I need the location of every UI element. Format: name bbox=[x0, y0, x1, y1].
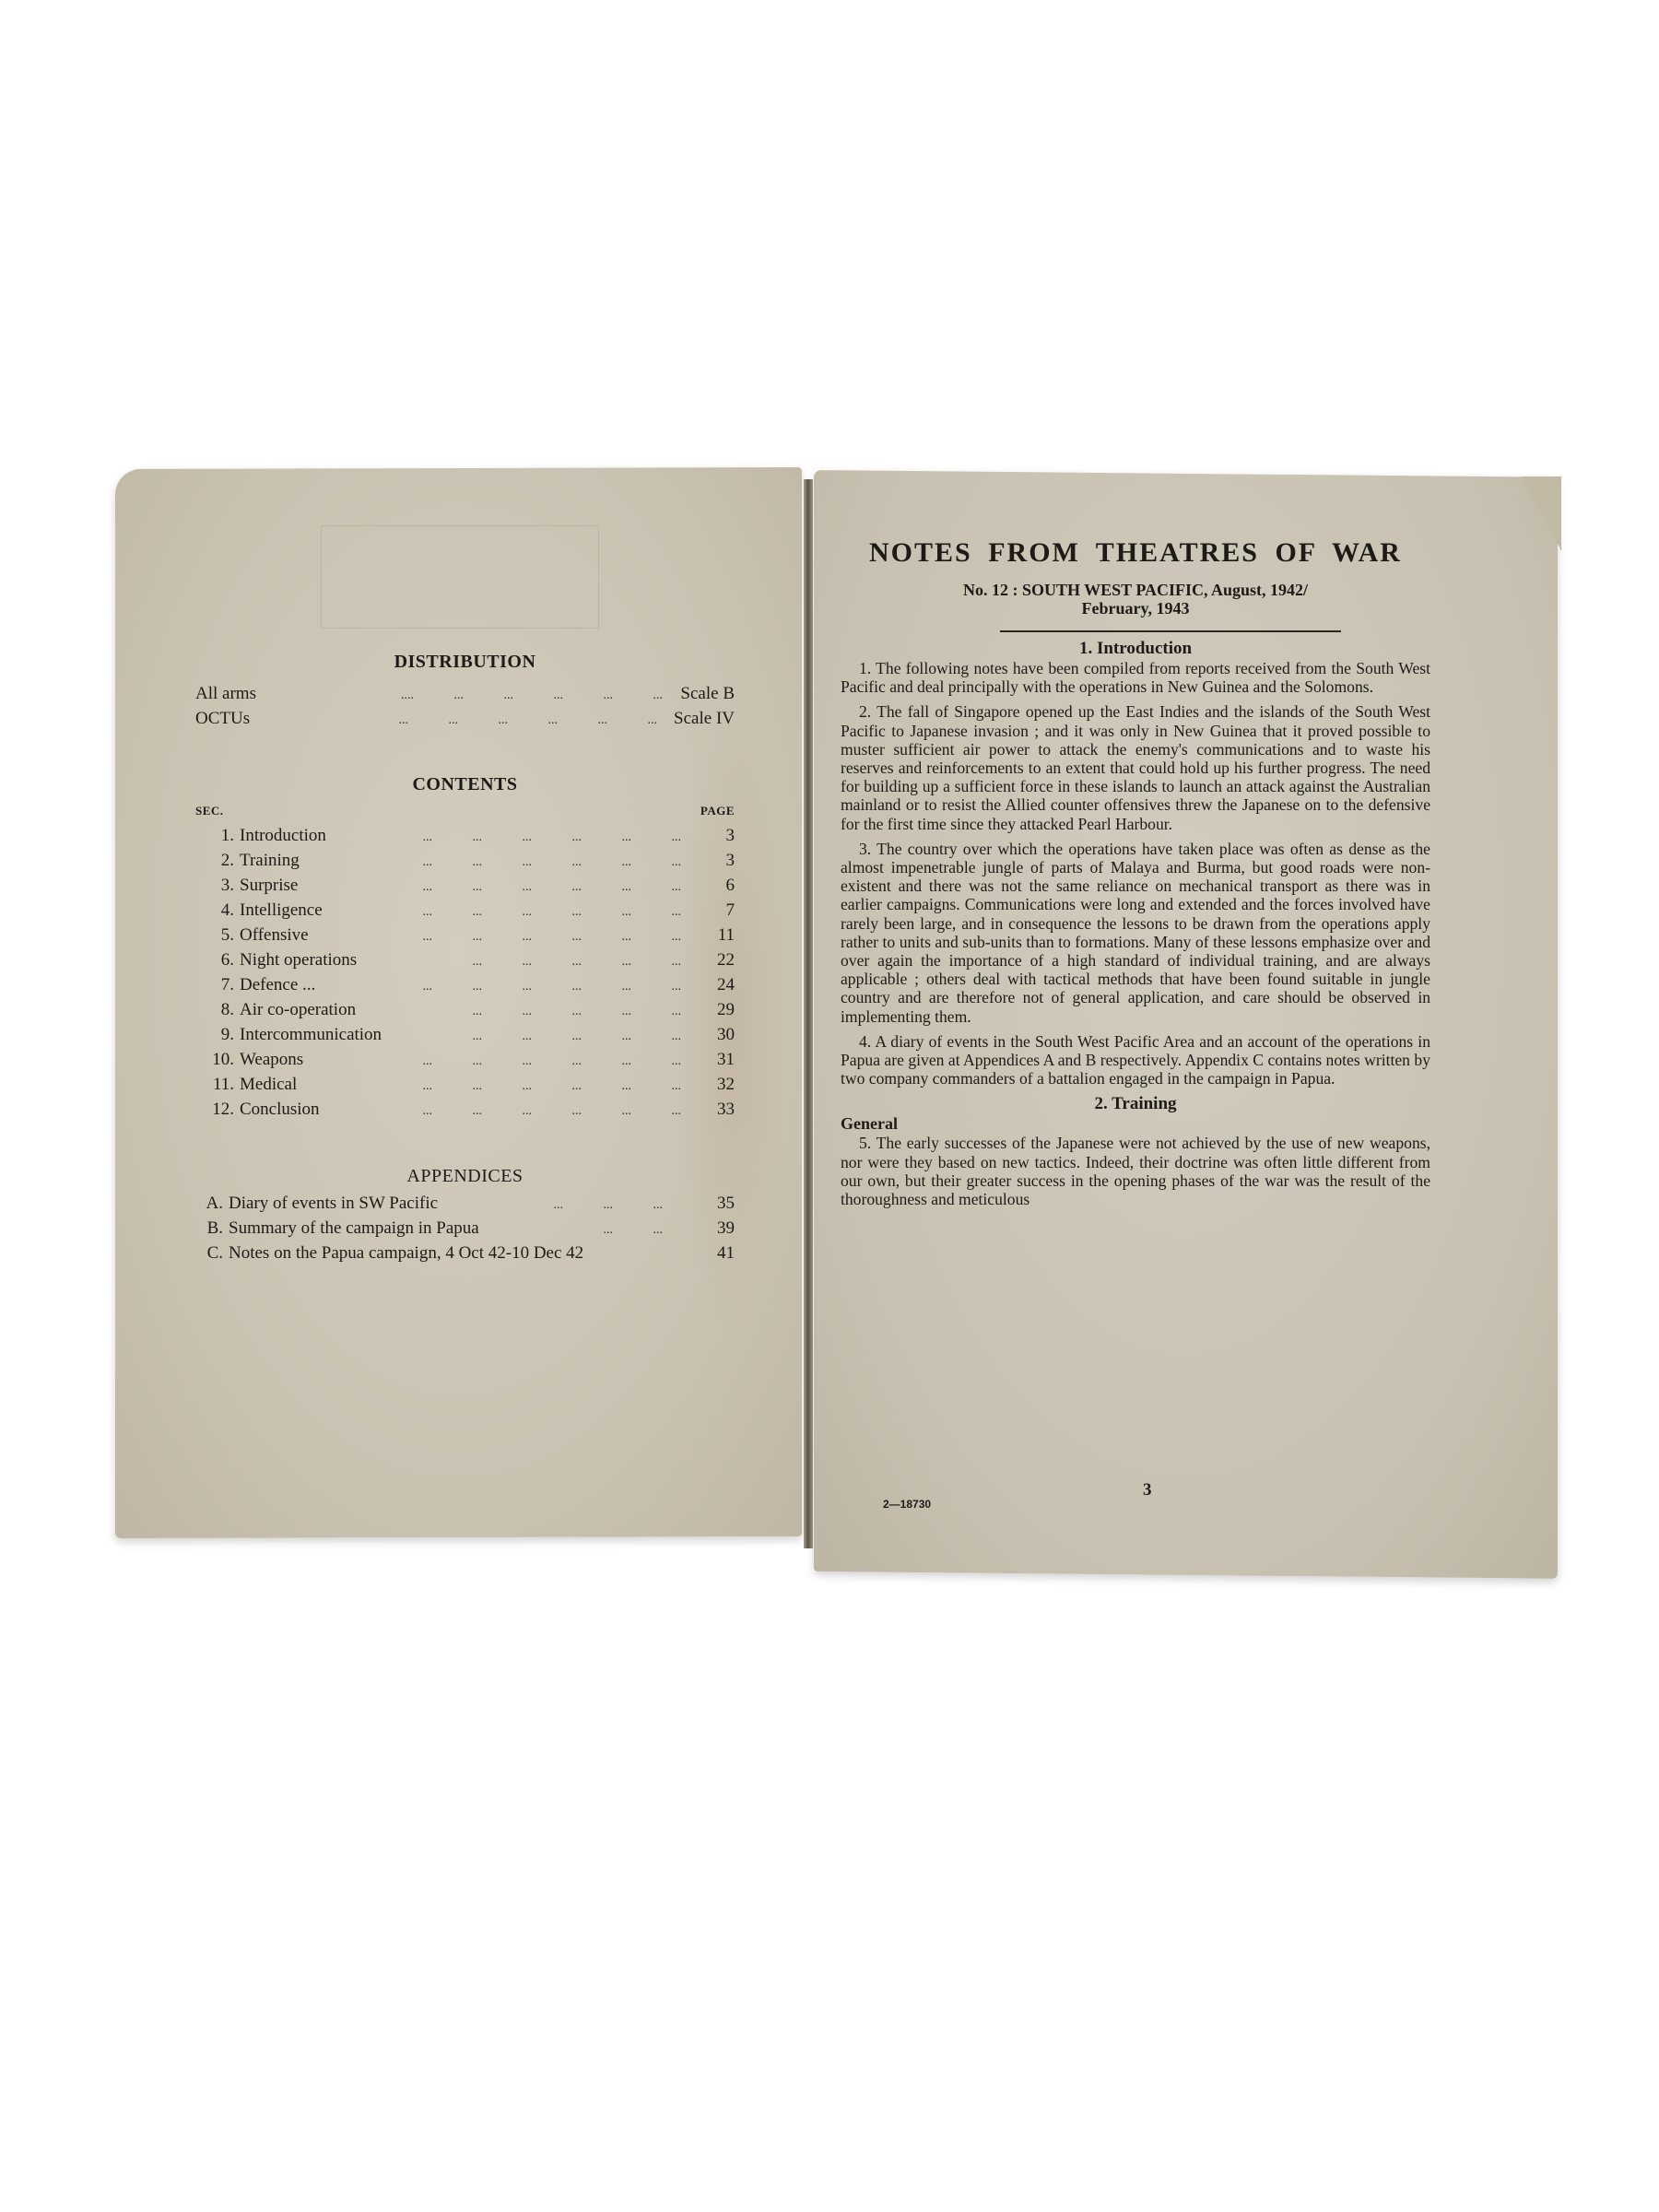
introduction-text: 1. The following notes have been compile… bbox=[841, 659, 1430, 1088]
appendix-row: A.Diary of events in SW Pacific... ... .… bbox=[195, 1194, 735, 1218]
contents-row: 11.Medical... ... ... ... ... ...32 bbox=[195, 1075, 735, 1100]
section-heading-training: 2. Training bbox=[841, 1094, 1430, 1114]
document-title: NOTES FROM THEATRES OF WAR bbox=[841, 537, 1430, 569]
contents-row: 6.Night operations... ... ... ... ...22 bbox=[195, 950, 735, 975]
paragraph: 2. The fall of Singapore opened up the E… bbox=[841, 702, 1430, 832]
paragraph: 3. The country over which the operations… bbox=[841, 840, 1430, 1026]
paragraph: 4. A diary of events in the South West P… bbox=[841, 1032, 1430, 1088]
paragraph: 1. The following notes have been compile… bbox=[841, 659, 1430, 696]
print-code: 2—18730 bbox=[883, 1498, 931, 1511]
section-heading-introduction: 1. Introduction bbox=[841, 639, 1430, 659]
paragraph: 5. The early successes of the Japanese w… bbox=[841, 1134, 1430, 1208]
contents-row: 8.Air co-operation... ... ... ... ...29 bbox=[195, 1000, 735, 1025]
page-number: 3 bbox=[1143, 1480, 1152, 1500]
training-text: 5. The early successes of the Japanese w… bbox=[841, 1134, 1430, 1208]
contents-row: 4.Intelligence... ... ... ... ... ...7 bbox=[195, 900, 735, 925]
appendices-heading: APPENDICES bbox=[195, 1166, 735, 1187]
sec-column-header: SEC. bbox=[195, 804, 224, 818]
contents-list: 1.Introduction... ... ... ... ... ...32.… bbox=[195, 826, 735, 1124]
contents-row: 1.Introduction... ... ... ... ... ...3 bbox=[195, 826, 735, 851]
contents-row: 12.Conclusion... ... ... ... ... ...33 bbox=[195, 1100, 735, 1124]
contents-row: 3.Surprise... ... ... ... ... ...6 bbox=[195, 876, 735, 900]
appendices-list: A.Diary of events in SW Pacific... ... .… bbox=[195, 1194, 735, 1268]
title-rule bbox=[1000, 630, 1341, 632]
contents-row: 10.Weapons... ... ... ... ... ...31 bbox=[195, 1050, 735, 1075]
contents-row: 5.Offensive... ... ... ... ... ...11 bbox=[195, 925, 735, 950]
contents-row: 2.Training... ... ... ... ... ...3 bbox=[195, 851, 735, 876]
document-subtitle: No. 12 : SOUTH WEST PACIFIC, August, 194… bbox=[841, 581, 1430, 618]
book-spine bbox=[804, 479, 813, 1548]
appendix-row: C.Notes on the Papua campaign, 4 Oct 42-… bbox=[195, 1243, 735, 1268]
contents-heading: CONTENTS bbox=[195, 774, 735, 795]
distribution-row: All arms .... ... ... ... ... ... Scale … bbox=[195, 684, 735, 709]
show-through-stamp bbox=[321, 525, 599, 629]
distribution-list: All arms .... ... ... ... ... ... Scale … bbox=[195, 684, 735, 734]
page-column-header: PAGE bbox=[700, 804, 735, 818]
contents-row: 7.Defence ...... ... ... ... ... ...24 bbox=[195, 975, 735, 1000]
subheading-general: General bbox=[841, 1114, 1430, 1134]
appendix-row: B.Summary of the campaign in Papua... ..… bbox=[195, 1218, 735, 1243]
contents-column-headers: SEC. PAGE bbox=[195, 804, 735, 818]
distribution-heading: DISTRIBUTION bbox=[195, 652, 735, 673]
body-column: 1. Introduction 1. The following notes h… bbox=[841, 639, 1430, 1215]
contents-row: 9.Intercommunication... ... ... ... ...3… bbox=[195, 1025, 735, 1050]
distribution-row: OCTUs ... ... ... ... ... ... Scale IV bbox=[195, 709, 735, 734]
